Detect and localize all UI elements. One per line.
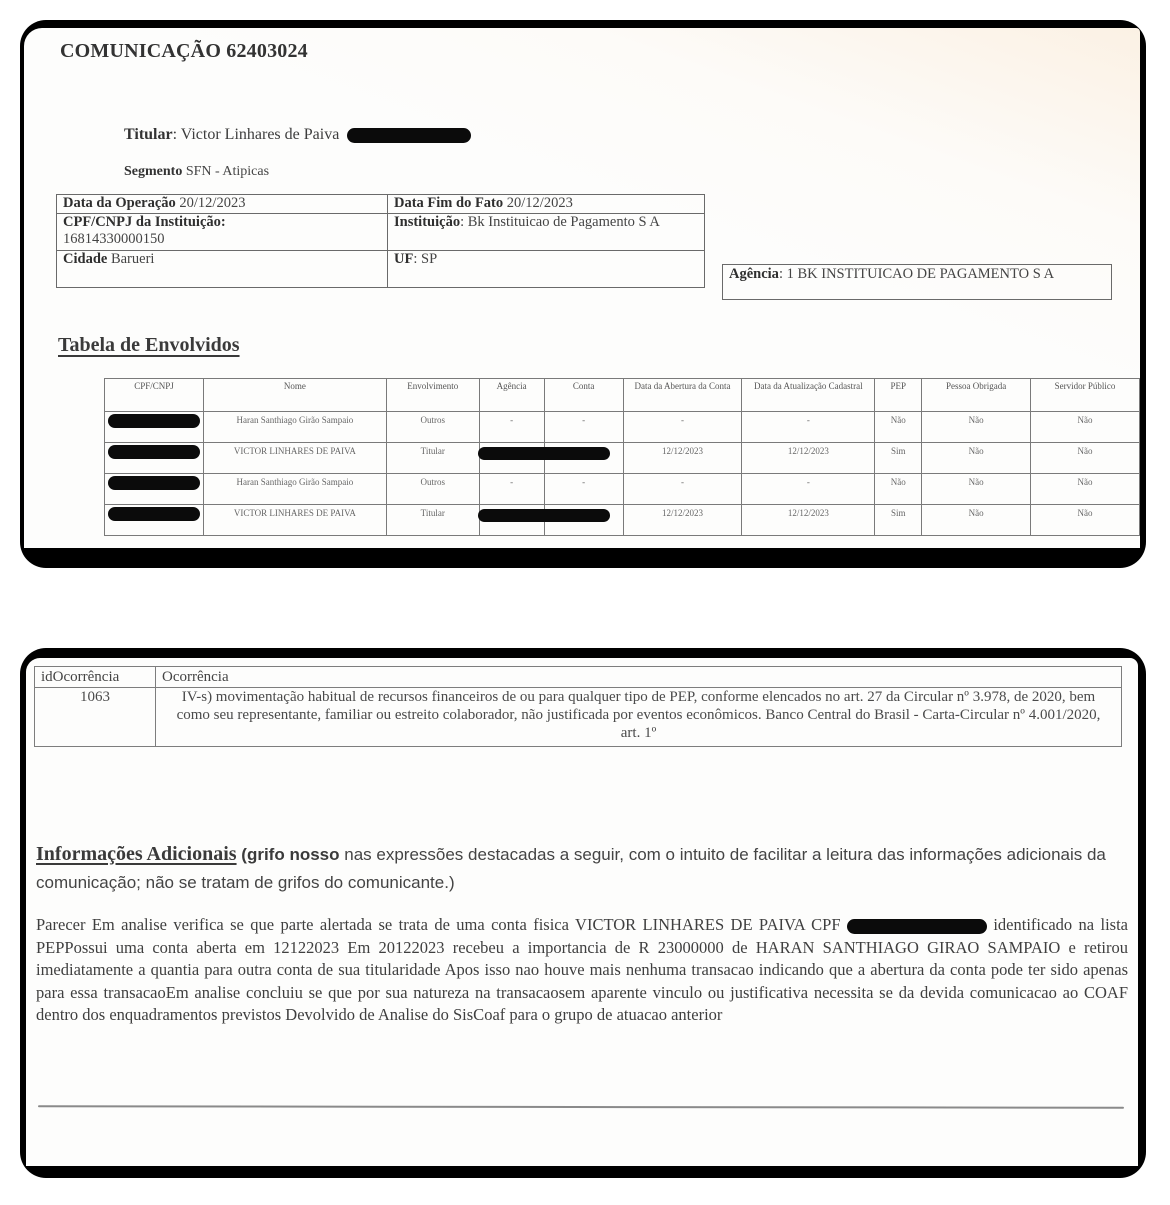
- table-row: VICTOR LINHARES DE PAIVATitular12/12/202…: [105, 505, 1140, 536]
- table-row: 1063 IV-s) movimentação habitual de recu…: [35, 688, 1122, 747]
- nome-cell: VICTOR LINHARES DE PAIVA: [204, 505, 387, 536]
- informacoes-adicionais-heading: Informações Adicionais (grifo nosso nas …: [36, 840, 1130, 897]
- operation-info-table: Data da Operação 20/12/2023 Data Fim do …: [56, 194, 705, 288]
- nome-cell: Haran Santhiago Girão Sampaio: [204, 412, 387, 443]
- redaction-bar: [347, 128, 471, 143]
- pep-cell: Não: [875, 412, 922, 443]
- redaction-bar: [108, 445, 200, 459]
- ocorrencia-table: idOcorrência Ocorrência 1063 IV-s) movim…: [34, 666, 1122, 747]
- envolvimento-cell: Titular: [386, 505, 479, 536]
- divider-line: [38, 1105, 1124, 1109]
- abertura-cell: 12/12/2023: [623, 443, 742, 474]
- pep-cell: Sim: [875, 443, 922, 474]
- servidor-cell: Não: [1031, 474, 1140, 505]
- obrigada-cell: Não: [922, 443, 1031, 474]
- agencia-cell: -: [479, 474, 544, 505]
- obrigada-cell: Não: [922, 412, 1031, 443]
- parecer-text: Parecer Em analise verifica se que parte…: [36, 914, 1128, 1027]
- servidor-cell: Não: [1031, 443, 1140, 474]
- column-header: Data da Abertura da Conta: [623, 379, 742, 412]
- document-photo-page-2: idOcorrência Ocorrência 1063 IV-s) movim…: [20, 648, 1146, 1178]
- cpf-cnpj-cell: CPF/CNPJ da Instituição:16814330000150: [57, 214, 388, 251]
- data-fim-cell: Data Fim do Fato 20/12/2023: [388, 195, 705, 214]
- atualizacao-cell: -: [742, 474, 875, 505]
- agencia-cell: -: [479, 412, 544, 443]
- column-header: Agência: [479, 379, 544, 412]
- column-header: Pessoa Obrigada: [922, 379, 1031, 412]
- redaction-bar: [108, 414, 200, 428]
- nome-cell: VICTOR LINHARES DE PAIVA: [204, 443, 387, 474]
- redaction-bar: [847, 919, 987, 934]
- titular-value: Victor Linhares de Paiva: [181, 126, 340, 143]
- cpf-cnpj-cell: [105, 505, 204, 536]
- cpf-cnpj-cell: [105, 443, 204, 474]
- abertura-cell: 12/12/2023: [623, 505, 742, 536]
- column-header: PEP: [875, 379, 922, 412]
- agencia-cell: [479, 443, 544, 474]
- redaction-bar: [108, 476, 200, 490]
- abertura-cell: -: [623, 412, 742, 443]
- table-row: VICTOR LINHARES DE PAIVATitular12/12/202…: [105, 443, 1140, 474]
- pep-cell: Não: [875, 474, 922, 505]
- envolvimento-cell: Outros: [386, 412, 479, 443]
- abertura-cell: -: [623, 474, 742, 505]
- agencia-box: Agência: 1 BK INSTITUICAO DE PAGAMENTO S…: [722, 264, 1112, 300]
- column-header: Ocorrência: [156, 667, 1122, 688]
- column-header: Servidor Público: [1031, 379, 1140, 412]
- table-header-row: CPF/CNPJNomeEnvolvimentoAgênciaContaData…: [105, 379, 1140, 412]
- conta-cell: -: [544, 474, 623, 505]
- conta-cell: -: [544, 412, 623, 443]
- nome-cell: Haran Santhiago Girão Sampaio: [204, 474, 387, 505]
- segmento-line: Segmento SFN - Atipicas: [124, 164, 269, 180]
- table-header-row: idOcorrência Ocorrência: [35, 667, 1122, 688]
- table-row: Haran Santhiago Girão SampaioOutros----N…: [105, 474, 1140, 505]
- cidade-cell: Cidade Barueri: [57, 251, 388, 288]
- titular-line: Titular: Victor Linhares de Paiva: [124, 126, 471, 144]
- redaction-bar: [478, 447, 610, 460]
- segmento-value: SFN - Atipicas: [186, 164, 269, 179]
- instituicao-cell: Instituição: Bk Instituicao de Pagamento…: [388, 214, 705, 251]
- table-row: Haran Santhiago Girão SampaioOutros----N…: [105, 412, 1140, 443]
- servidor-cell: Não: [1031, 505, 1140, 536]
- redaction-bar: [108, 507, 200, 521]
- segmento-label: Segmento: [124, 164, 182, 179]
- atualizacao-cell: -: [742, 412, 875, 443]
- document-sheet: idOcorrência Ocorrência 1063 IV-s) movim…: [26, 658, 1138, 1166]
- cpf-cnpj-cell: [105, 412, 204, 443]
- pep-cell: Sim: [875, 505, 922, 536]
- envolvimento-cell: Titular: [386, 443, 479, 474]
- column-header: Conta: [544, 379, 623, 412]
- cpf-cnpj-cell: [105, 474, 204, 505]
- redaction-bar: [478, 509, 610, 522]
- column-header: CPF/CNPJ: [105, 379, 204, 412]
- obrigada-cell: Não: [922, 505, 1031, 536]
- titular-label: Titular: [124, 126, 173, 143]
- envolvidos-heading: Tabela de Envolvidos: [58, 334, 240, 357]
- obrigada-cell: Não: [922, 474, 1031, 505]
- ocorrencia-id: 1063: [35, 688, 156, 747]
- envolvimento-cell: Outros: [386, 474, 479, 505]
- document-photo-page-1: COMUNICAÇÃO 62403024 Titular: Victor Lin…: [20, 20, 1146, 568]
- informacoes-adicionais-title: Informações Adicionais: [36, 843, 237, 865]
- column-header: Envolvimento: [386, 379, 479, 412]
- column-header: Data da Atualização Cadastral: [742, 379, 875, 412]
- atualizacao-cell: 12/12/2023: [742, 505, 875, 536]
- ocorrencia-text: IV-s) movimentação habitual de recursos …: [156, 688, 1122, 747]
- document-sheet: COMUNICAÇÃO 62403024 Titular: Victor Lin…: [24, 28, 1140, 548]
- uf-cell: UF: SP: [388, 251, 705, 288]
- data-operacao-cell: Data da Operação 20/12/2023: [57, 195, 388, 214]
- agencia-cell: [479, 505, 544, 536]
- atualizacao-cell: 12/12/2023: [742, 443, 875, 474]
- column-header: idOcorrência: [35, 667, 156, 688]
- communication-title: COMUNICAÇÃO 62403024: [60, 40, 308, 63]
- column-header: Nome: [204, 379, 387, 412]
- envolvidos-table: CPF/CNPJNomeEnvolvimentoAgênciaContaData…: [104, 378, 1140, 536]
- servidor-cell: Não: [1031, 412, 1140, 443]
